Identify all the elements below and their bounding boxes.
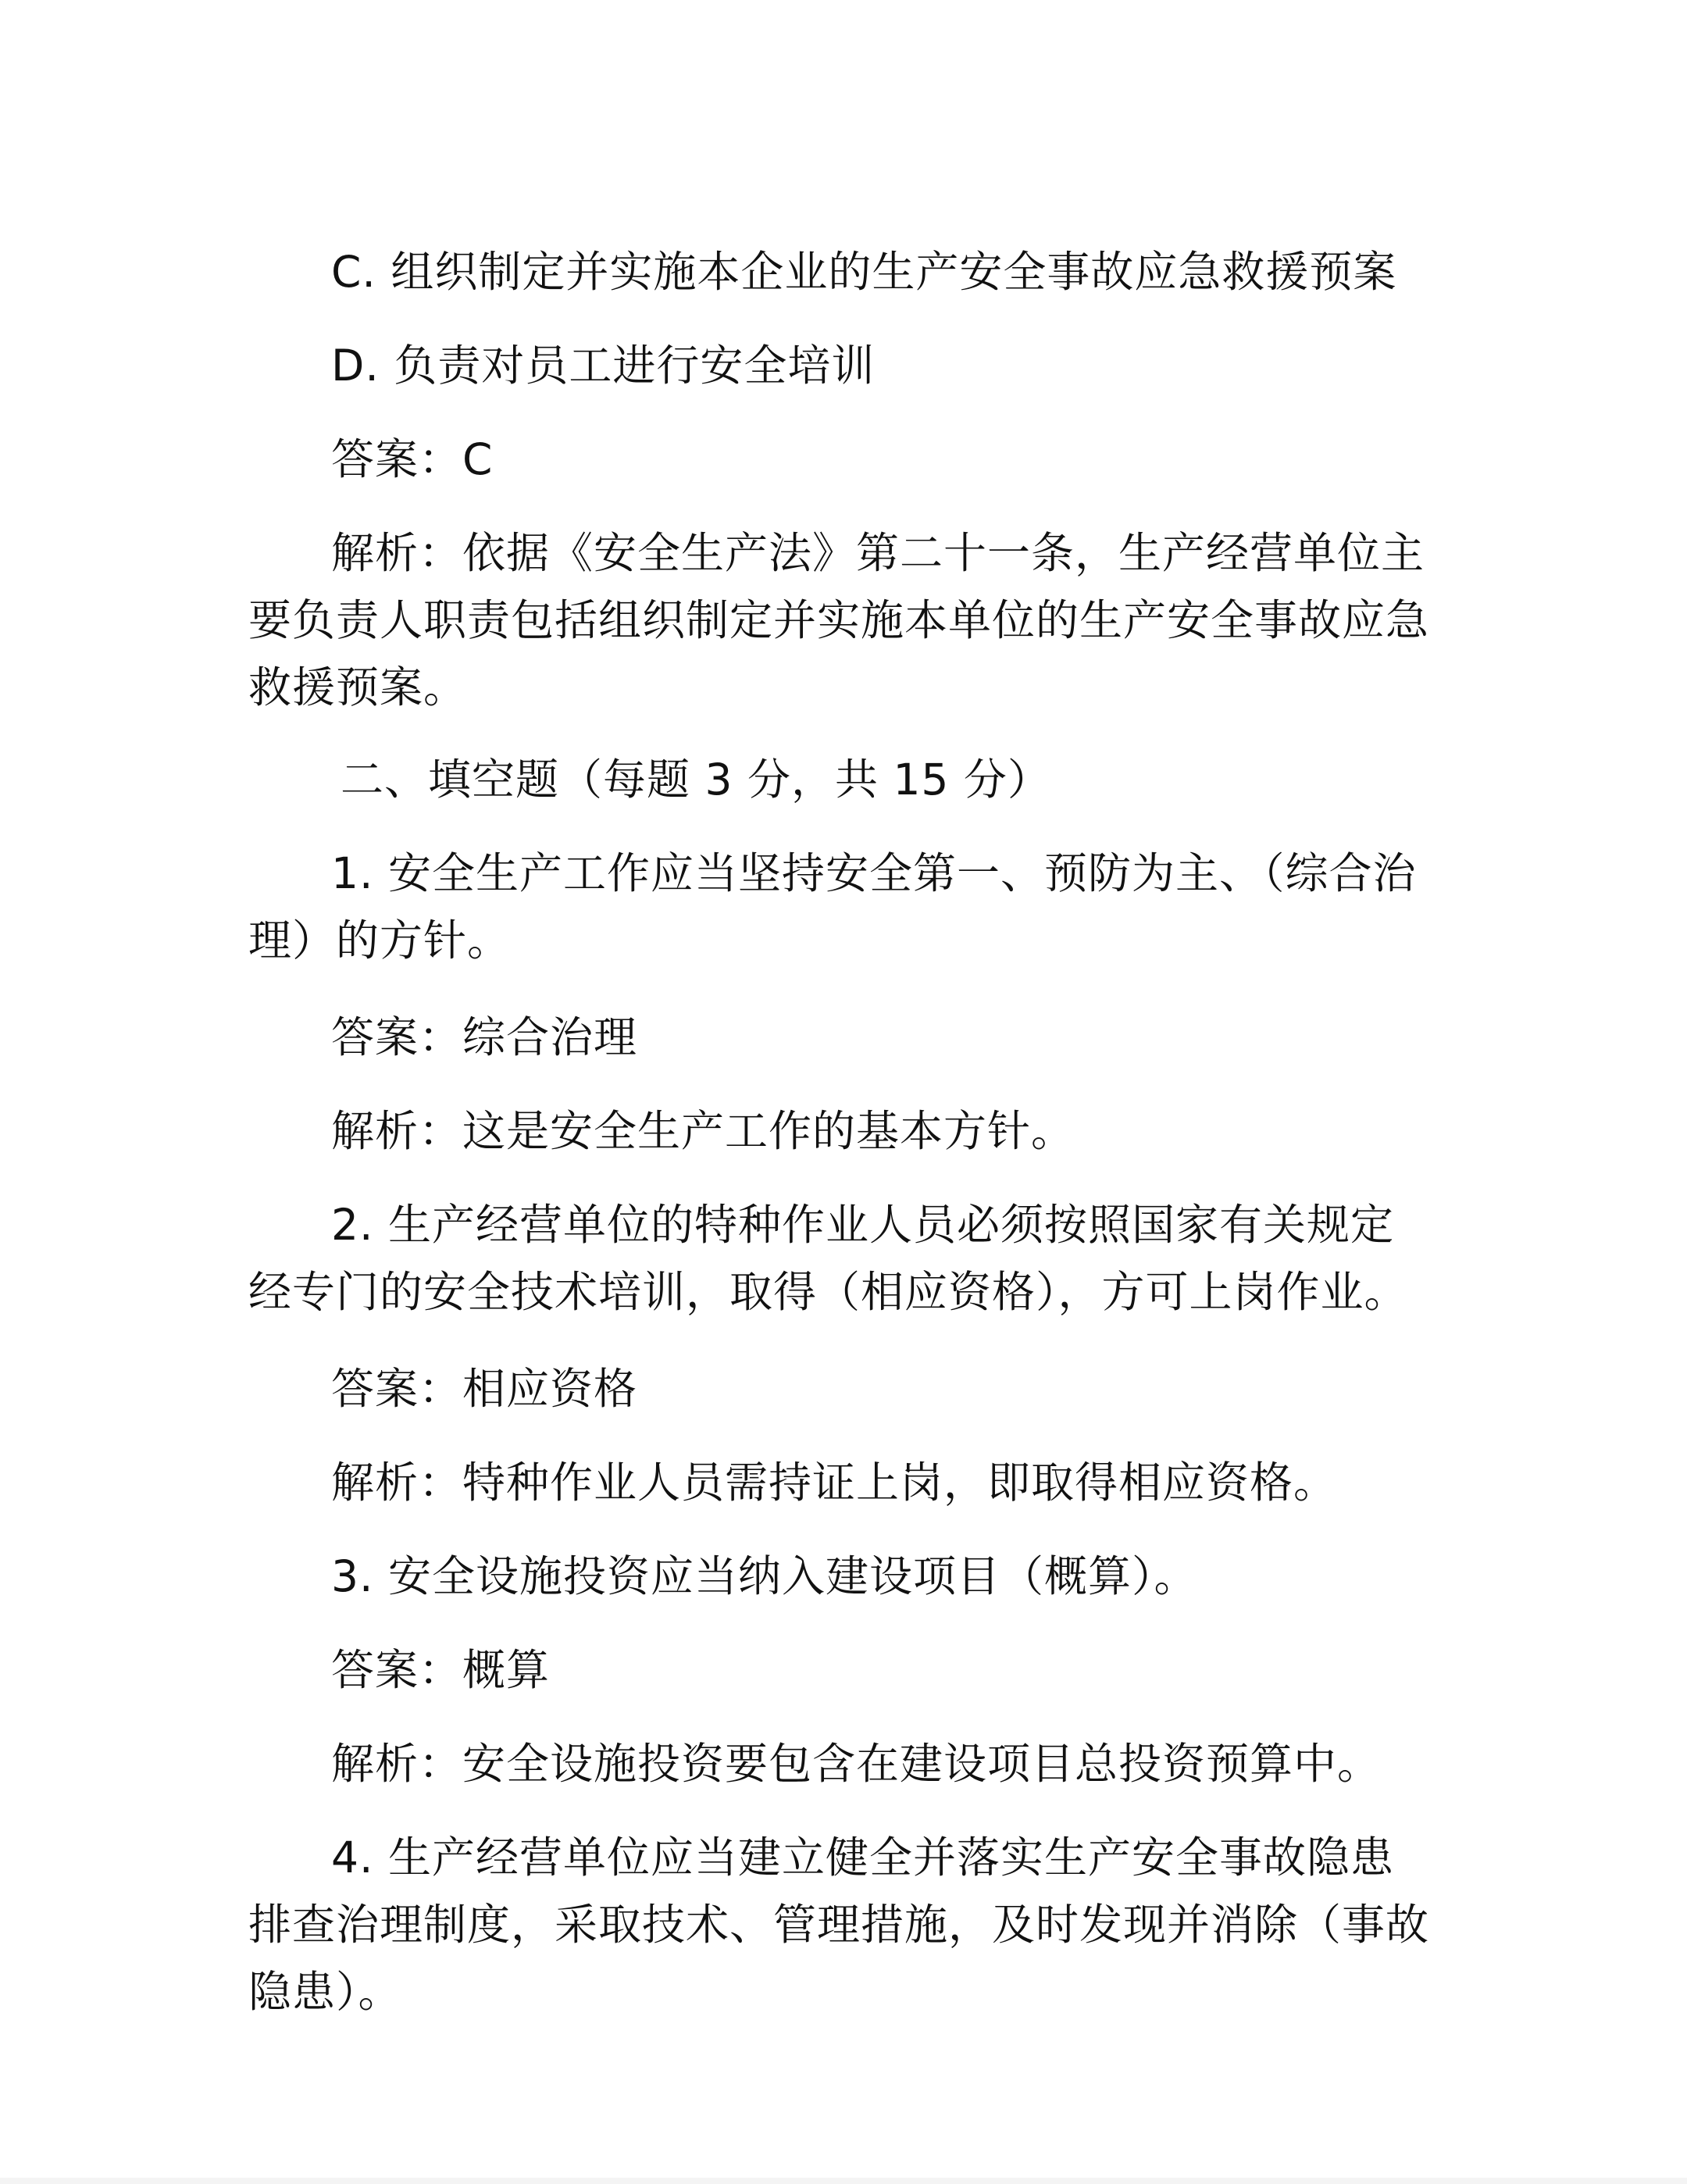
page-bottom-edge	[0, 2178, 1687, 2184]
question-text: 2. 生产经营单位的特种作业人员必须按照国家有关规定经专门的安全技术培训，取得（…	[248, 1191, 1436, 1326]
question-text: 4. 生产经营单位应当建立健全并落实生产安全事故隐患排查治理制度，采取技术、管理…	[248, 1824, 1436, 2025]
answer-text: 答案：相应资格	[248, 1355, 1436, 1422]
section-heading: 二、填空题（每题 3 分，共 15 分）	[248, 746, 1436, 813]
analysis-text: 解析：依据《安全生产法》第二十一条，生产经营单位主要负责人职责包括组织制定并实施…	[248, 519, 1436, 721]
analysis-text: 解析：安全设施投资要包含在建设项目总投资预算中。	[248, 1730, 1436, 1797]
answer-text: 答案：概算	[248, 1636, 1436, 1704]
answer-text: 答案：综合治理	[248, 1004, 1436, 1071]
answer-text: 答案：C	[248, 426, 1436, 493]
option-c-text: C. 组织制定并实施本企业的生产安全事故应急救援预案	[248, 238, 1436, 305]
option-d-text: D. 负责对员工进行安全培训	[248, 332, 1436, 399]
analysis-text: 解析：特种作业人员需持证上岗，即取得相应资格。	[248, 1449, 1436, 1516]
question-text: 1. 安全生产工作应当坚持安全第一、预防为主、（综合治理）的方针。	[248, 840, 1436, 974]
question-text: 3. 安全设施投资应当纳入建设项目（概算）。	[248, 1543, 1436, 1610]
analysis-text: 解析：这是安全生产工作的基本方针。	[248, 1097, 1436, 1165]
